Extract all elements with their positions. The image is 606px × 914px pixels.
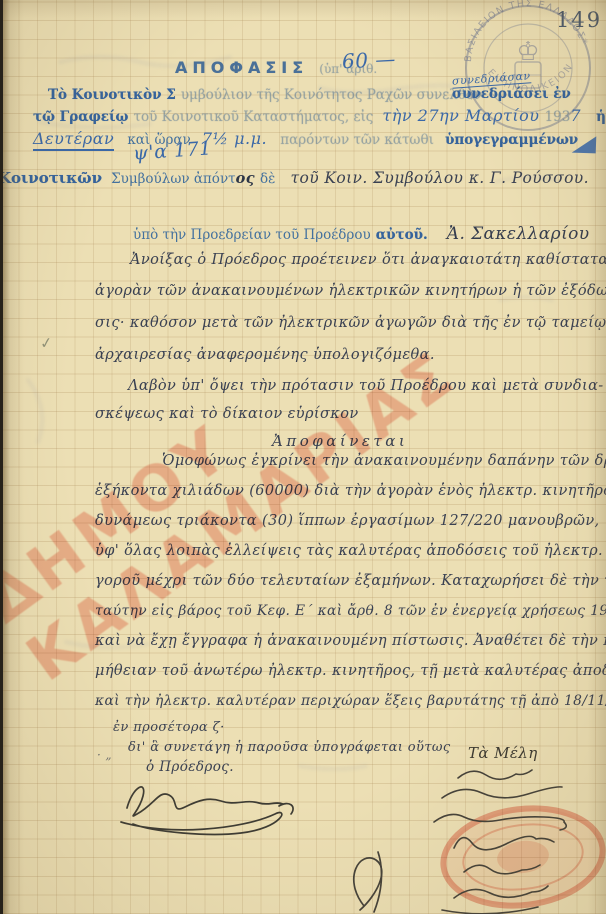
ditto-marks: · „: [97, 748, 112, 762]
form-line1-faded: υμβούλιον τῆς Κοινότητος Ραχῶν συνελθὸν: [181, 87, 482, 103]
form-line3-faded: παρόντων τῶν κάτωθι: [280, 132, 434, 148]
page-number: 149: [556, 8, 602, 32]
body-line: Ἀνοίξας ὁ Πρόεδρος προέτεινεν ὅτι ἀναγκα…: [130, 252, 606, 268]
body-line: Λαβὸν ὑπ' ὄψει τὴν πρότασιν τοῦ Προέδρου…: [128, 378, 604, 394]
closing-line: δι' ἃ συνετάγη ἡ παροῦσα ὑπογράφεται οὕτ…: [128, 740, 451, 755]
body-line: καὶ νὰ ἔχῃ ἔγγραφα ἡ ἀνακαινουμένη πίστω…: [95, 633, 606, 649]
scanned-document-page: 149 ΒΑΣΙΛΕΙΟΝ ΤΗΣ ΕΛΛΑΔΟΣ ΕΙΡΗΝΟΔΙΚΕΙΟΝ …: [0, 0, 606, 914]
form-line3-end: ὑπογεγραμμένων: [445, 132, 578, 148]
check-mark: ✓: [39, 333, 54, 353]
form-line1-printed: Τὸ Κοινοτικὸν Σ: [48, 87, 176, 103]
paper-left-shadow: [3, 0, 10, 914]
form-line2-bold: τῷ Γραφείῳ: [33, 109, 128, 125]
body-line: Ὁμοφώνως ἐγκρίνει τὴν ἀνακαινουμένην δαπ…: [162, 453, 606, 469]
decision-title: ΑΠΟΦΑΣΙΣ: [175, 58, 308, 77]
form-line5-printed: ὑπὸ τὴν Προεδρείαν τοῦ Προέδρου: [133, 227, 371, 243]
signature-flourish: [330, 844, 410, 914]
decision-number-handwritten: 60 —: [341, 47, 396, 74]
body-line: μήθειαν τοῦ ἀνωτέρω ἠλεκτρ. κινητῆρος, τ…: [95, 663, 606, 679]
body-line: ταύτην εἰς βάρος τοῦ Κεφ. Ε΄ καὶ ἄρθ. 8 …: [95, 603, 606, 619]
body-line: ἑξήκοντα χιλιάδων (60000) διὰ τὴν ἀγορὰν…: [95, 483, 606, 499]
form-line5-bold: αὐτοῦ.: [376, 227, 428, 243]
form-line2-year-printed: 193: [545, 109, 571, 125]
body-line: ὑφ' ὅλας λοιπὰς ἐλλείψεις τὰς καλυτέρας …: [95, 543, 606, 559]
verdict-heading: Ἀποφαίνεται: [272, 432, 408, 450]
form-line4-correction: ος: [236, 170, 255, 187]
closing-short-line: ἐν προσέτορα ζ·: [113, 720, 225, 735]
body-line: ἀρχαιρεσίας ἀναφερομένης ὑπολογιζόμεθα.: [95, 347, 435, 363]
form-line2-year-handwritten: 7: [570, 106, 581, 125]
body-line: δυνάμεως τριάκοντα (30) ἵππων ἐργασίμων …: [95, 513, 600, 529]
form-line4-bold: Κοινοτικῶν: [0, 169, 102, 187]
body-line: ἀγορὰν τῶν ἀνακαινουμένων ἠλεκτρικῶν κιν…: [95, 283, 606, 299]
form-line2-end: ἡμέραν: [596, 109, 606, 125]
stamp-star-right: ✳: [582, 37, 589, 46]
form-line1-bold: συνεδριάσει ἐν: [452, 86, 571, 102]
body-line: καὶ τὴν ἠλεκτρ. καλυτέραν περιχώραν ἕξει…: [95, 693, 606, 709]
form-line2-faded: τοῦ Κοινοτικοῦ Καταστήματος, εἰς: [134, 109, 374, 125]
form-line3-time-handwritten: 7½ μ.μ.: [202, 129, 267, 148]
body-line: γοροῦ μέχρι τῶν δύο τελευταίων ἐξαμήνων.…: [95, 573, 606, 589]
body-line: σις· καθόσον μετὰ τῶν ἠλεκτρικῶν ἀγωγῶν …: [95, 315, 606, 331]
body-line: σκέψεως καὶ τὸ δίκαιον εὑρίσκον: [95, 406, 359, 422]
form-line3-day-handwritten: Δευτέραν: [33, 129, 114, 151]
form-line4-printed: Συμβούλων ἀπόντ: [111, 171, 236, 187]
scan-left-edge: [0, 0, 3, 914]
form-line4-handwritten: τοῦ Κοιν. Συμβούλου κ. Γ. Ρούσσου.: [291, 169, 589, 187]
signatures-members: [420, 760, 606, 914]
form-line2-handwritten-date: τὴν 27ην Μαρτίου: [382, 106, 539, 125]
form-line4-de: δὲ: [260, 171, 275, 187]
signature-president: [113, 770, 313, 838]
president-name-handwritten: Ἀ. Σακελλαρίου: [447, 224, 590, 244]
